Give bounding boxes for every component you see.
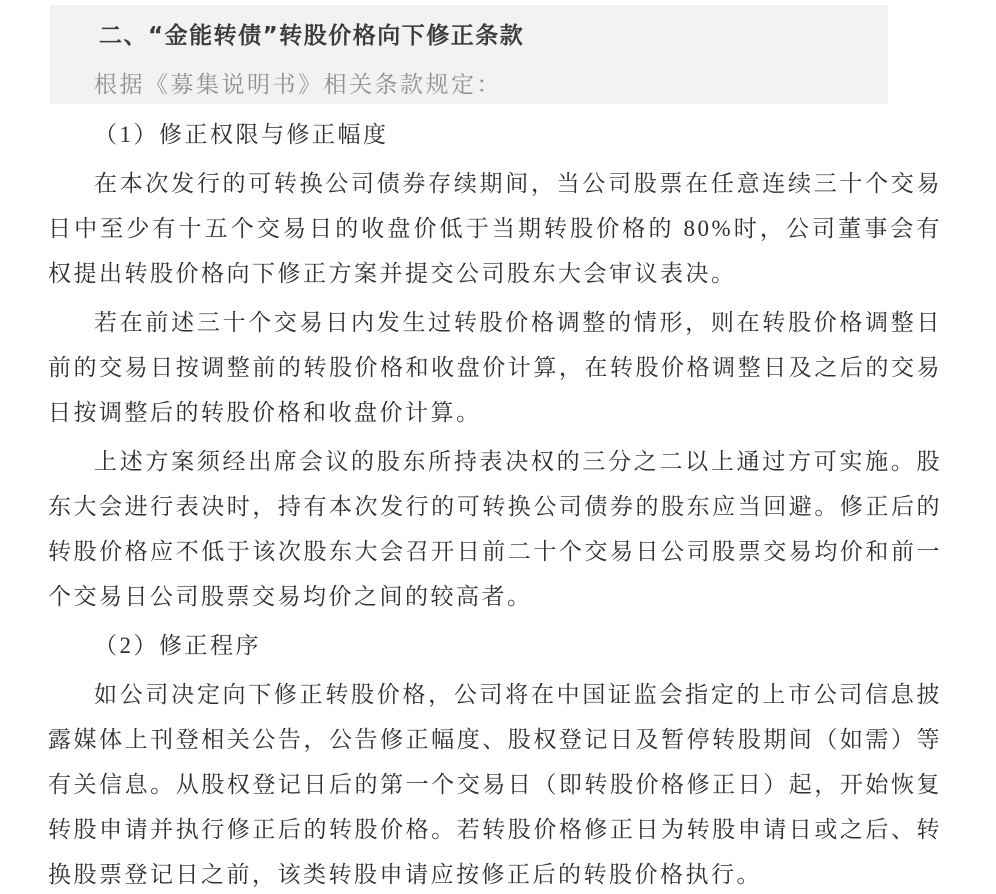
section-title: 二、“金能转债”转股价格向下修正条款: [99, 17, 524, 50]
document-body: （1）修正权限与修正幅度 在本次发行的可转换公司债券存续期间，当公司股票在任意连…: [48, 112, 942, 894]
intro-line: 根据《募集说明书》相关条款规定：: [94, 66, 502, 99]
paragraph-price-adjustment-calc: 若在前述三十个交易日内发生过转股价格调整的情形，则在转股价格调整日前的交易日按调…: [48, 300, 942, 435]
paragraph-shareholder-vote: 上述方案须经出席会议的股东所持表决权的三分之二以上通过方可实施。股东大会进行表决…: [48, 439, 942, 619]
subheading-correction-scope: （1）修正权限与修正幅度: [48, 112, 942, 157]
document-page: 二、“金能转债”转股价格向下修正条款 根据《募集说明书》相关条款规定： （1）修…: [0, 0, 996, 894]
subheading-correction-procedure: （2）修正程序: [48, 623, 942, 668]
paragraph-correction-trigger: 在本次发行的可转换公司债券存续期间，当公司股票在任意连续三十个交易日中至少有十五…: [48, 161, 942, 296]
paragraph-correction-procedure: 如公司决定向下修正转股价格，公司将在中国证监会指定的上市公司信息披露媒体上刊登相…: [48, 672, 942, 894]
